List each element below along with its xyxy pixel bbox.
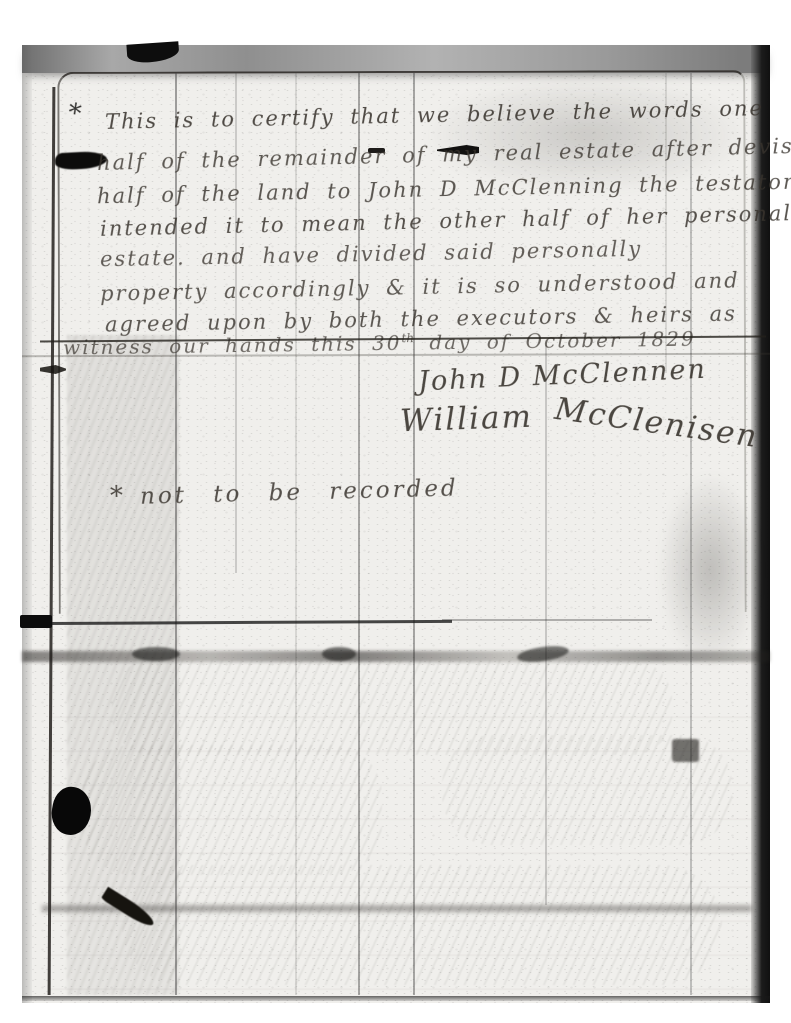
paper-shading <box>660 475 760 665</box>
struck-line-suffix: day of October 1829 <box>414 327 696 355</box>
scan-left-edge-shadow <box>22 45 32 1003</box>
document-scan: * This is to certify that we believe the… <box>22 45 770 1003</box>
crease-ink-blob <box>322 647 356 661</box>
square-smudge <box>672 739 699 762</box>
scanned-page: * This is to certify that we believe the… <box>0 0 791 1023</box>
ink-tab-mark <box>20 615 52 628</box>
margin-note-asterisk: * <box>110 481 127 511</box>
horizontal-smudge <box>42 905 752 912</box>
crease-ink-blob <box>132 647 180 661</box>
scan-bottom-edge-line <box>22 996 770 1001</box>
signature-william-given-name: William <box>399 399 533 440</box>
faint-ruled-smudges <box>50 685 752 990</box>
horizontal-pen-line-tail <box>442 619 652 621</box>
